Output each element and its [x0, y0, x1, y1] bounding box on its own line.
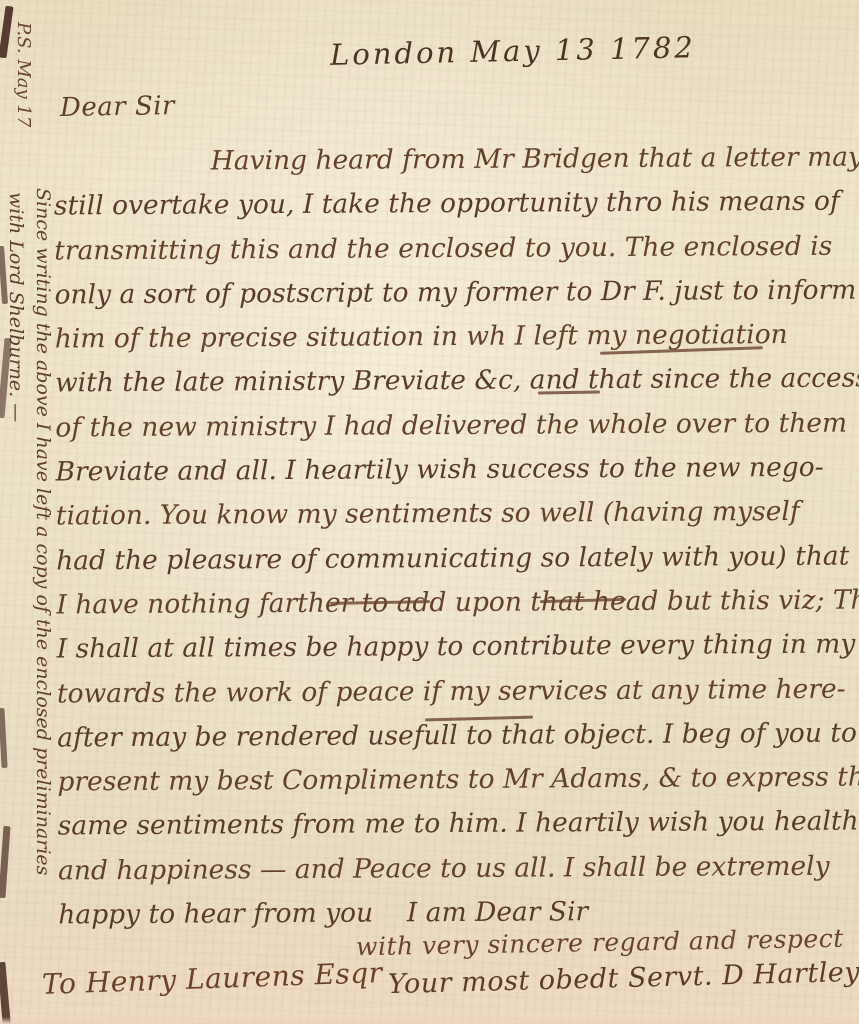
page-bottom-edge [0, 1017, 859, 1024]
postscript-line: Since writing the above I have left a co… [32, 188, 54, 1024]
postscript-date: P.S. May 17 [13, 22, 34, 192]
salutation: Dear Sir [60, 91, 175, 123]
body-line: present my best Compliments to Mr Adams,… [57, 756, 857, 805]
body-line: had the pleasure of communicating so lat… [56, 534, 856, 583]
body-line: only a sort of postscript to my former t… [54, 268, 854, 317]
binding-edge-mark [0, 6, 14, 59]
letter-page: London May 13 1782 Dear Sir Having heard… [0, 0, 859, 1024]
binding-edge-mark [0, 826, 11, 898]
body-line: same sentiments from me to him. I hearti… [58, 800, 858, 849]
body-line: I shall at all times be happy to contrib… [57, 623, 857, 672]
body-line: him of the precise situation in wh I lef… [55, 313, 855, 362]
body-line: with the late ministry Breviate &c, and … [55, 357, 855, 406]
body-line: I have nothing farther to add upon that … [56, 579, 856, 628]
body-line: and happiness — and Peace to us all. I s… [58, 844, 858, 893]
body-line: Breviate and all. I heartily wish succes… [55, 446, 855, 495]
dateline: London May 13 1782 [330, 30, 696, 72]
body-line: tiation. You know my sentiments so well … [56, 490, 856, 539]
address-line: To Henry Laurens Esqr [42, 956, 384, 1001]
body-line: still overtake you, I take the opportuni… [54, 180, 854, 229]
letter-body: Having heard from Mr Bridgen that a lett… [54, 136, 859, 938]
body-line: Having heard from Mr Bridgen that a lett… [54, 136, 854, 185]
signature-line: Your most obedt Servt. D Hartley [388, 957, 859, 1000]
binding-edge-mark [0, 708, 8, 768]
binding-edge-mark [0, 962, 11, 1024]
body-line: transmitting this and the enclosed to yo… [54, 224, 854, 273]
body-line: of the new ministry I had delivered the … [55, 401, 855, 450]
body-line: towards the work of peace if my services… [57, 667, 857, 716]
